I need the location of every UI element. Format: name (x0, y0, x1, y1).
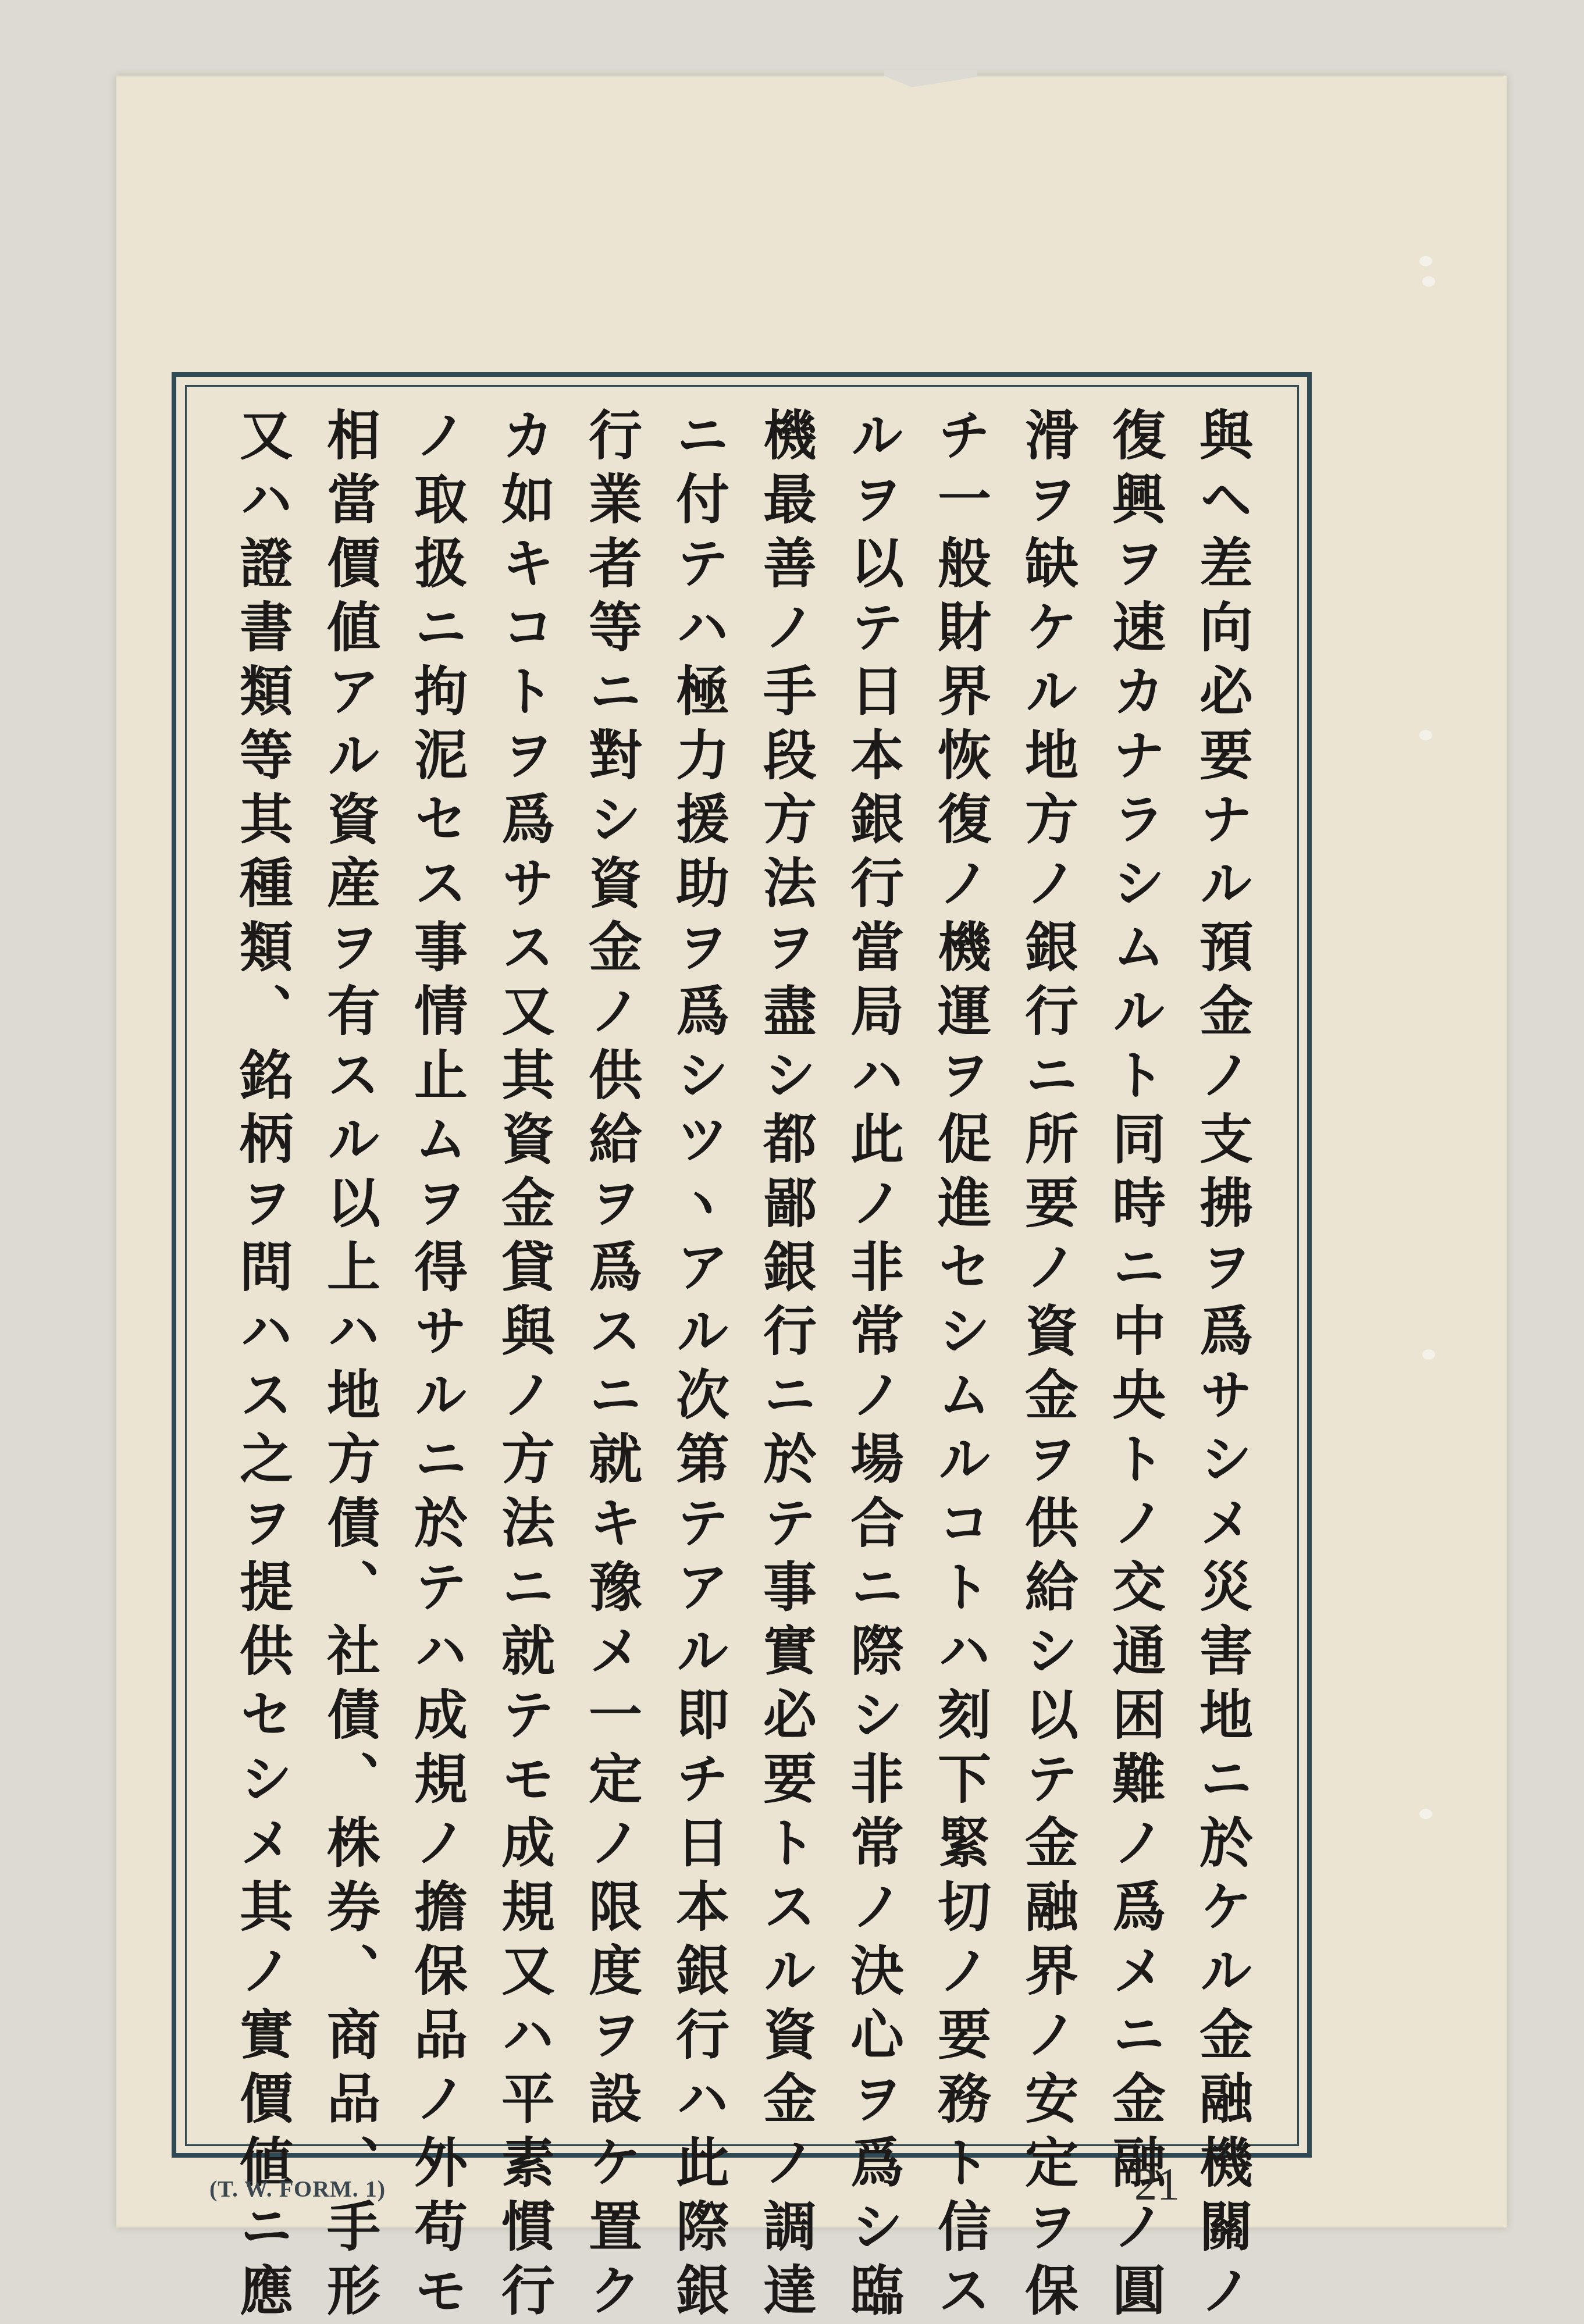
text-column-6: 機最善ノ手段方法ヲ盡シ都鄙銀行ニ於テ事實必要トスル資金ノ調達 (745, 407, 826, 2129)
text-column-10: ノ取扱ニ拘泥セス事情止ムヲ得サルニ於テハ成規ノ擔保品ノ外苟モ (396, 407, 477, 2129)
text-column-5: ルヲ以テ日本銀行當局ハ此ノ非常ノ場合ニ際シ非常ノ決心ヲ爲シ臨 (832, 407, 913, 2129)
punch-hole (1419, 256, 1432, 266)
text-column-11: 相當價値アル資産ヲ有スル以上ハ地方債、社債、株券、商品、手形 (308, 407, 390, 2129)
text-column-7: ニ付テハ極力援助ヲ爲シツヽアル次第テアル即チ日本銀行ハ此際銀 (657, 407, 739, 2129)
punch-hole (1422, 276, 1435, 287)
text-column-4: チ一般財界恢復ノ機運ヲ促進セシムルコトハ刻下緊切ノ要務ト信ス (919, 407, 1001, 2129)
page-number: 21 (1134, 2158, 1180, 2210)
punch-hole (1422, 1349, 1435, 1360)
text-column-3: 滑ヲ缺ケル地方ノ銀行ニ所要ノ資金ヲ供給シ以テ金融界ノ安定ヲ保 (1006, 407, 1088, 2129)
text-column-1: 與ヘ差向必要ナル預金ノ支拂ヲ爲サシメ災害地ニ於ケル金融機關ノ (1181, 407, 1262, 2129)
text-column-8: 行業者等ニ對シ資金ノ供給ヲ爲スニ就キ豫メ一定ノ限度ヲ設ケ置ク (570, 407, 652, 2129)
text-column-2: 復興ヲ速カナラシムルト同時ニ中央トノ交通困難ノ爲メニ金融ノ圓 (1094, 407, 1175, 2129)
text-column-9: カ如キコトヲ爲サス又其資金貸與ノ方法ニ就テモ成規又ハ平素慣行 (483, 407, 564, 2129)
punch-hole (1419, 1809, 1432, 1819)
vertical-text-body: 與ヘ差向必要ナル預金ノ支拂ヲ爲サシメ災害地ニ於ケル金融機關ノ 復興ヲ速カナラシム… (221, 407, 1262, 2129)
punch-hole (1419, 730, 1432, 740)
text-column-12: 又ハ證書類等其種類、銘柄ヲ問ハス之ヲ提供セシメ其ノ實價値ニ應 (221, 407, 302, 2129)
form-label: (T. W. FORM. 1) (209, 2175, 386, 2202)
